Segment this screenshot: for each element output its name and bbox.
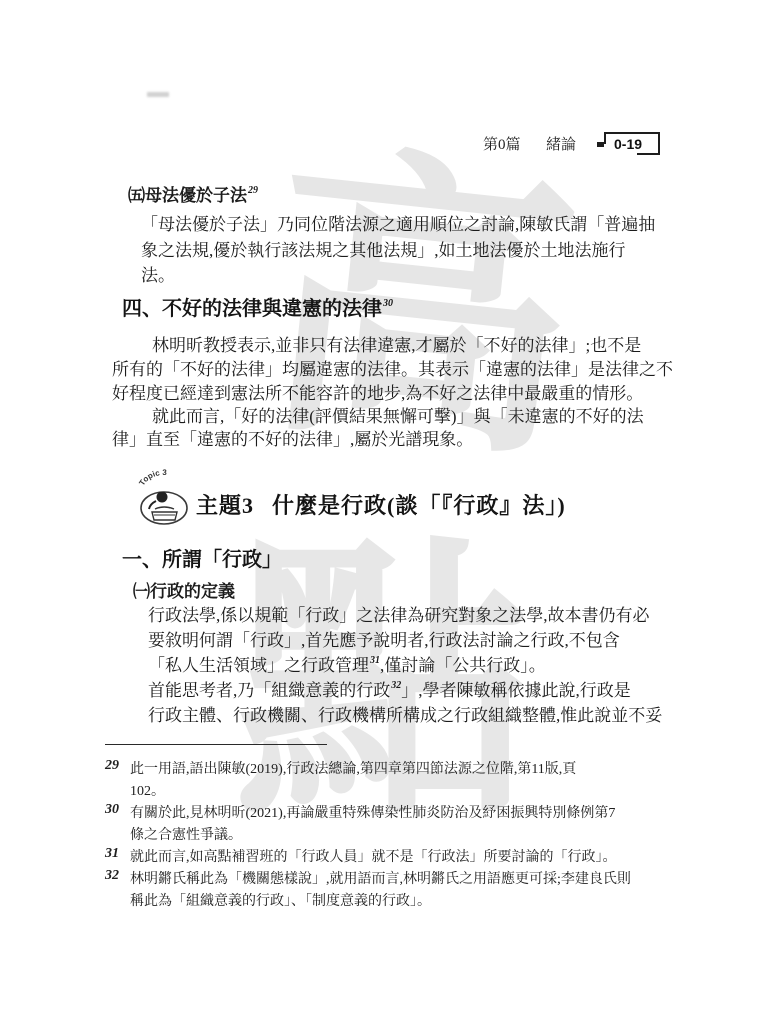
paragraph-line: 首能思考者,乃「組織意義的行政32」,學者陳敏稱依據此說,行政是	[148, 676, 631, 701]
footnote-ref: 29	[248, 185, 258, 196]
page-number-text: 0-19	[614, 136, 642, 152]
footnote-number: 29	[105, 758, 119, 774]
paragraph-line: 行政法學,係以規範「行政」之法律為研究對象之法學,故本書仍有必	[148, 601, 650, 626]
topic-number: 主題3	[196, 493, 254, 518]
paragraph-line: 就此而言,「好的法律(評價結果無懈可擊)」與「未違憲的不好的法	[152, 402, 644, 427]
paragraph-line: 所有的「不好的法律」均屬違憲的法律。其表示「違憲的法律」是法律之不	[112, 355, 673, 380]
topic-heading: 主題3什麼是行政(談「『行政』法」)	[196, 489, 566, 520]
heading-sub1: ㈠行政的定義	[133, 577, 235, 602]
paragraph-line: 行政主體、行政機關、行政機構所構成之行政組織整體,惟此說並不妥	[148, 701, 662, 726]
heading-item5: ㈤母法優於子法29	[128, 181, 258, 206]
topic-badge-text: Topic 3	[137, 468, 167, 487]
footnote-ref: 32	[391, 680, 401, 691]
paragraph-line: 好程度已經達到憲法所不能容許的地步,為不好之法律中最嚴重的情形。	[112, 379, 643, 404]
topic-badge: Topic 3	[132, 468, 196, 535]
paragraph-line: 象之法規,優於執行該法規之其他法規」,如土地法優於土地法施行	[141, 236, 626, 261]
footnote-number: 32	[105, 868, 119, 884]
footnote-line: 就此而言,如高點補習班的「行政人員」就不是「行政法」所要討論的「行政」。	[130, 846, 617, 866]
footnote-line: 林明鏘氏稱此為「機關態樣說」,就用語而言,林明鏘氏之用語應更可採;李建良氏則	[130, 868, 631, 888]
paragraph-line: 林明昕教授表示,並非只有法律違憲,才屬於「不好的法律」;也不是	[152, 331, 641, 356]
footnote-line: 有關於此,見林明昕(2021),再論嚴重特殊傳染性肺炎防治及紓困振興特別條例第7	[130, 802, 615, 822]
page-number-bracket: 0-19	[603, 128, 663, 160]
footnote-line: 稱此為「組織意義的行政」、「制度意義的行政」。	[130, 890, 431, 910]
header-section-label: 緒論	[546, 133, 576, 154]
header-part-label: 第0篇	[483, 133, 521, 154]
heading-section1: 一、所謂「行政」	[122, 543, 282, 572]
footnote-line: 條之合憲性爭議。	[130, 824, 242, 844]
topic-title-text: 什麼是行政(談「『行政』法」)	[272, 493, 566, 518]
footnote-ref: 31	[370, 655, 380, 666]
heading-section4: 四、不好的法律與違憲的法律30	[122, 292, 393, 321]
document-page: 高 點 第0篇 緒論 0-19 ㈤母法優於子法29 「母法優於子法」乃同位階法源…	[0, 0, 768, 1024]
footnote-ref: 30	[383, 298, 393, 309]
paragraph-line: 法。	[141, 261, 175, 286]
paragraph-line: 「母法優於子法」乃同位階法源之適用順位之討論,陳敏氏謂「普遍抽	[141, 210, 655, 235]
topic-reader-icon	[141, 492, 187, 525]
paragraph-line: 律」直至「違憲的不好的法律」,屬於光譜現象。	[112, 425, 473, 450]
svg-text:Topic 3: Topic 3	[137, 468, 167, 487]
paragraph-line: 「私人生活領域」之行政管理31,僅討論「公共行政」。	[148, 651, 546, 676]
page-number-box: 0-19	[603, 128, 663, 165]
paragraph-line: 要敘明何謂「行政」,首先應予說明者,行政法討論之行政,不包含	[148, 626, 620, 651]
footnote-divider	[105, 744, 327, 745]
footnote-line: 此一用語,語出陳敏(2019),行政法總論,第四章第四節法源之位階,第11版,頁	[130, 758, 576, 778]
footnote-line: 102。	[130, 780, 165, 800]
footnote-number: 30	[105, 802, 119, 818]
scan-artifact	[147, 92, 169, 97]
footnote-number: 31	[105, 846, 119, 862]
